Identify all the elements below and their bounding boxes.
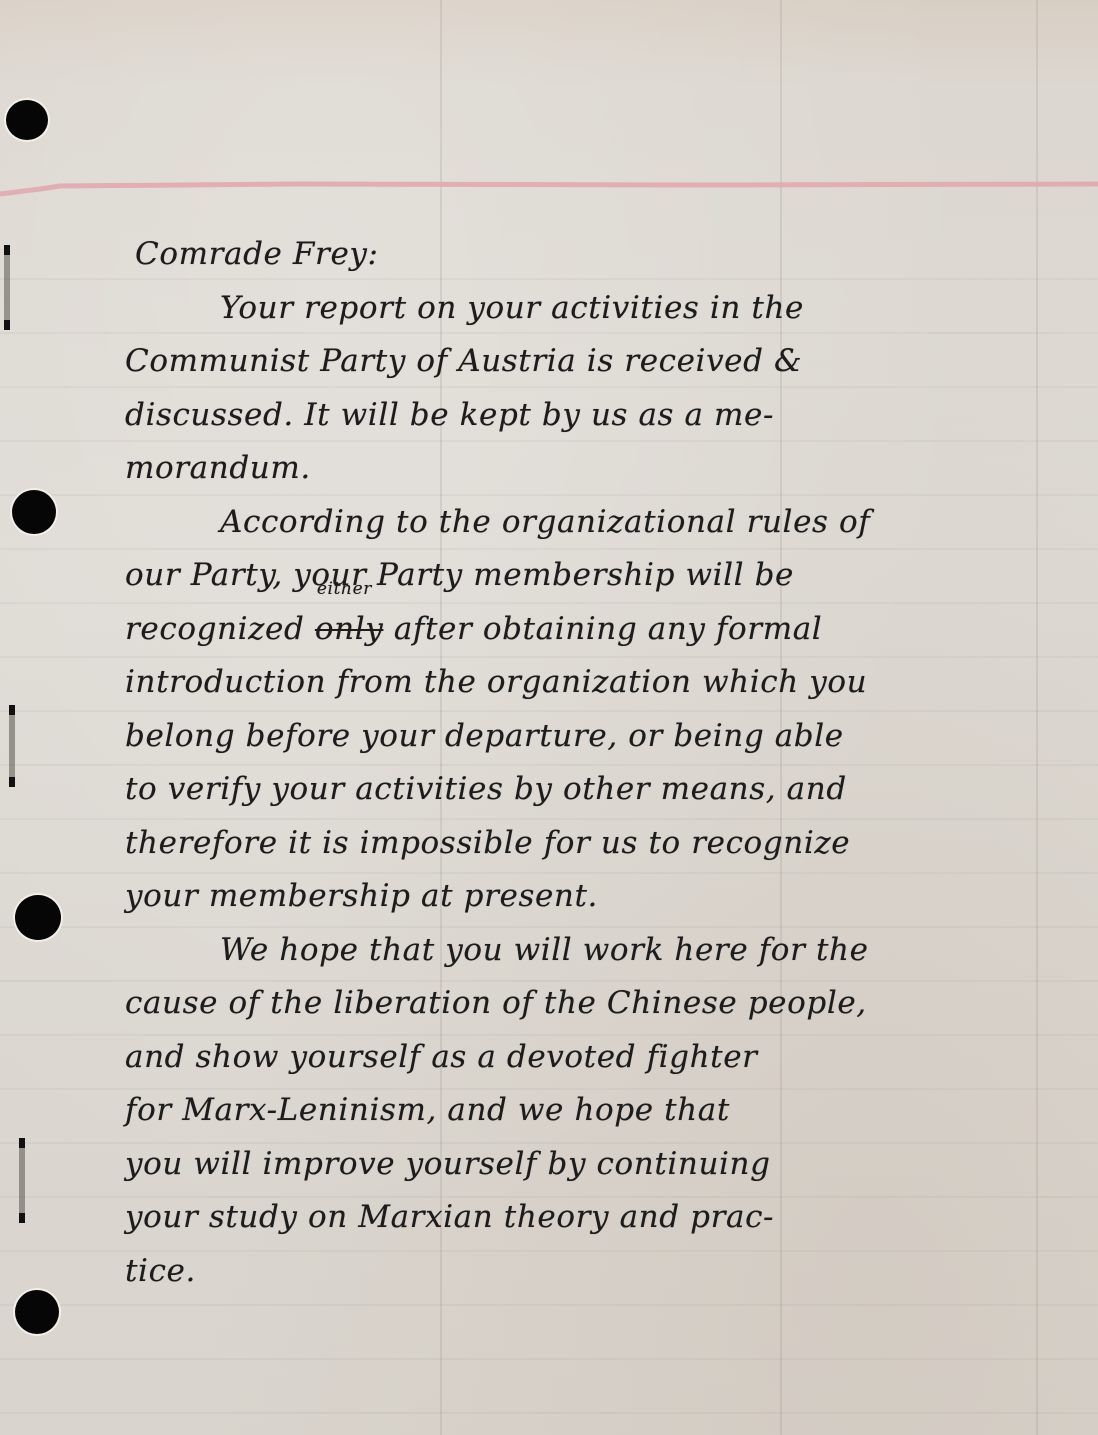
red-margin-line bbox=[0, 178, 1098, 198]
text-line: your study on Marxian theory and prac- bbox=[125, 1191, 1065, 1245]
text-segment: recognized bbox=[125, 611, 315, 647]
letter-body: Comrade Frey: Your report on your activi… bbox=[125, 228, 1065, 1298]
text-segment: after obtaining any formal bbox=[383, 611, 822, 647]
inserted-word: either bbox=[317, 581, 372, 598]
letter-page: Comrade Frey: Your report on your activi… bbox=[0, 0, 1098, 1435]
text-line: morandum. bbox=[125, 442, 1065, 496]
text-line: and show yourself as a devoted fighter bbox=[125, 1031, 1065, 1085]
text-line: Your report on your activities in the bbox=[125, 282, 1065, 336]
text-line: you will improve yourself by continuing bbox=[125, 1138, 1065, 1192]
struck-word: only bbox=[315, 611, 383, 647]
staple-mark bbox=[9, 705, 15, 787]
text-line: your membership at present. bbox=[125, 870, 1065, 924]
text-line: We hope that you will work here for the bbox=[125, 924, 1065, 978]
text-line: Communist Party of Austria is received & bbox=[125, 335, 1065, 389]
salutation: Comrade Frey: bbox=[125, 228, 1065, 282]
punch-hole bbox=[12, 490, 56, 534]
staple-mark bbox=[19, 1138, 25, 1223]
text-line: therefore it is impossible for us to rec… bbox=[125, 817, 1065, 871]
punch-hole bbox=[15, 1290, 59, 1334]
punch-hole bbox=[15, 895, 61, 940]
text-line: for Marx-Leninism, and we hope that bbox=[125, 1084, 1065, 1138]
text-line: to verify your activities by other means… bbox=[125, 763, 1065, 817]
text-line-with-correction: recognized eitheronly after obtaining an… bbox=[125, 603, 1065, 657]
correction: eitheronly bbox=[315, 603, 383, 657]
text-line: introduction from the organization which… bbox=[125, 656, 1065, 710]
text-line: our Party, your Party membership will be bbox=[125, 549, 1065, 603]
text-line: According to the organizational rules of bbox=[125, 496, 1065, 550]
staple-mark bbox=[4, 245, 10, 330]
punch-hole bbox=[6, 100, 48, 140]
text-line: cause of the liberation of the Chinese p… bbox=[125, 977, 1065, 1031]
text-line: tice. bbox=[125, 1245, 1065, 1299]
text-line: belong before your departure, or being a… bbox=[125, 710, 1065, 764]
text-line: discussed. It will be kept by us as a me… bbox=[125, 389, 1065, 443]
